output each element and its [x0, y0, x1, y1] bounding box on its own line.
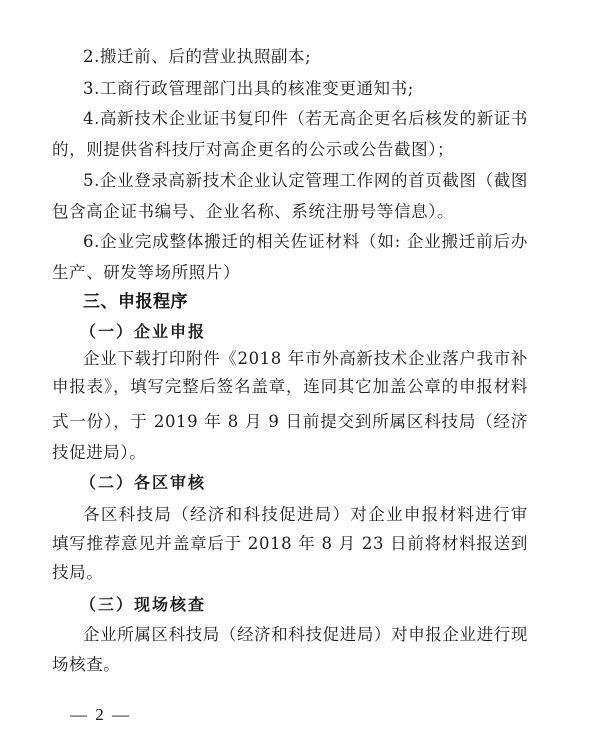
list-item-homepage-screenshot: 5.企业登录高新技术企业认定管理工作网的首页截图（截图应 [83, 169, 528, 193]
list-item-relocation-evidence-cont: 生产、研发等场所照片） [52, 261, 528, 285]
list-item-change-notice: 3.工商行政管理部门出具的核准变更通知书; [83, 77, 528, 101]
paragraph-site-inspection: 企业所属区科技局（经济和科技促进局）对申报企业进行现 [83, 623, 528, 647]
list-item-relocation-evidence: 6.企业完成整体搬迁的相关佐证材料（如: 企业搬迁前后办公、 [83, 230, 528, 254]
subsection-heading-application: （一）企业申报 [80, 320, 206, 344]
subsection-heading-site-inspection: （三）现场核查 [80, 593, 206, 617]
paragraph-district-review-cont-2: 技局。 [52, 561, 528, 585]
list-item-certificate-copy: 4.高新技术企业证书复印件（若无高企更名后核发的新证书 [83, 107, 528, 131]
list-item-homepage-screenshot-cont: 包含高企证书编号、企业名称、系统注册号等信息）。 [52, 200, 528, 224]
paragraph-application: 企业下载打印附件《2018 年市外高新技术企业落户我市补助 [83, 347, 528, 371]
paragraph-application-cont-3: 技促进局）。 [52, 441, 528, 465]
document-page: 2.搬迁前、后的营业执照副本; 3.工商行政管理部门出具的核准变更通知书; 4.… [0, 0, 597, 753]
paragraph-district-review: 各区科技局（经济和科技促进局）对企业申报材料进行审核， [83, 503, 528, 527]
subsection-heading-district-review: （二）各区审核 [80, 471, 206, 495]
paragraph-district-review-cont-1: 填写推荐意见并盖章后于 2018 年 8 月 23 日前将材料报送到市科 [52, 532, 528, 556]
paragraph-application-cont-1: 申报表》，填写完整后签名盖章，连同其它加盖公章的申报材料（一 [52, 375, 528, 399]
paragraph-site-inspection-cont: 场核查。 [52, 653, 528, 677]
list-item-business-license: 2.搬迁前、后的营业执照副本; [83, 45, 528, 69]
section-heading-procedure: 三、申报程序 [83, 290, 528, 314]
list-item-certificate-copy-cont: 的，则提供省科技厅对高企更名的公示或公告截图）； [52, 138, 528, 162]
page-number: — 2 — [70, 704, 131, 726]
paragraph-application-cont-2: 式一份），于 2019 年 8 月 9 日前提交到所属区科技局（经济和科 [52, 410, 528, 434]
